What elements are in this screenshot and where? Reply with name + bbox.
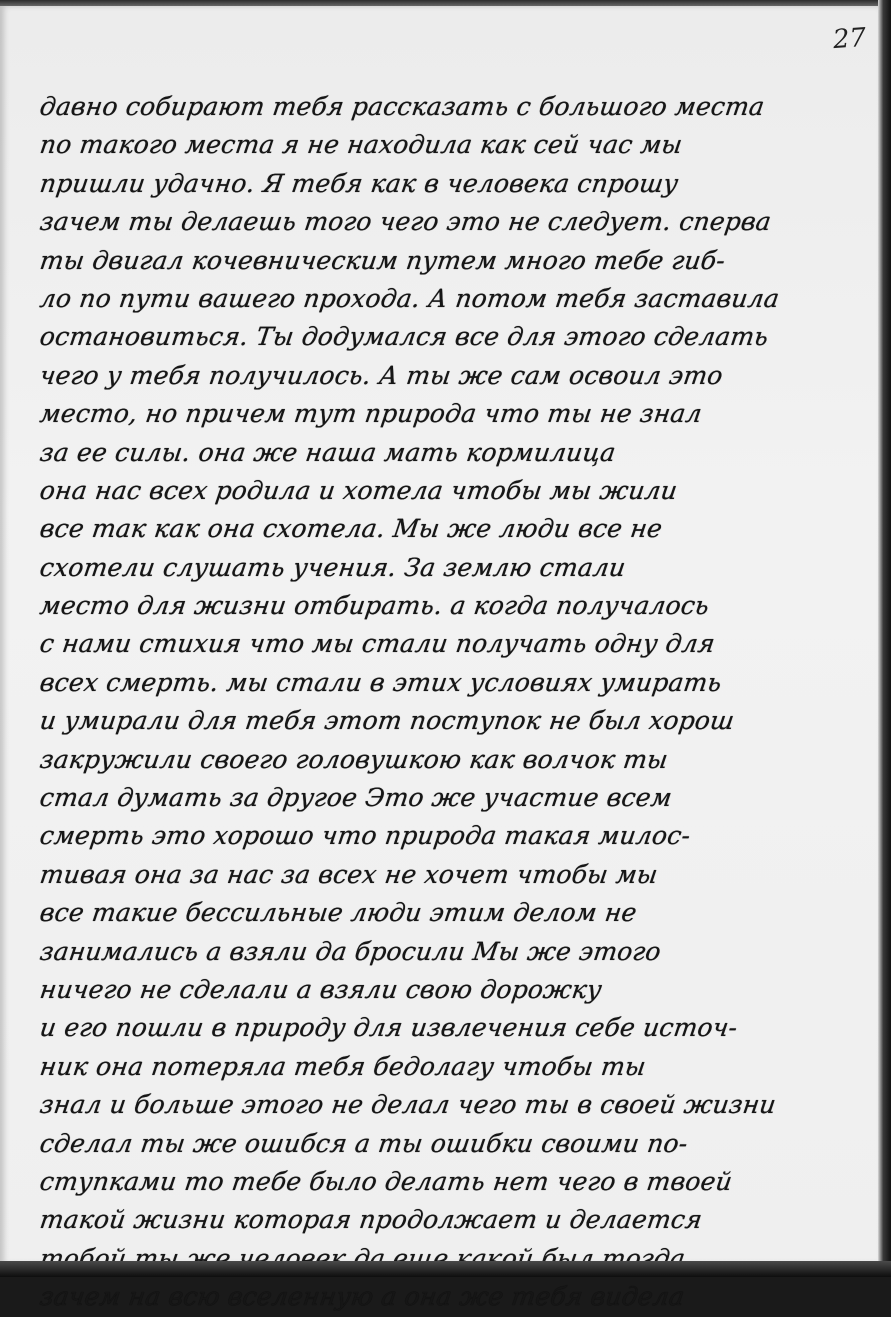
text-line: всех смерть. мы стали в этих условиях ум… [37, 664, 842, 702]
scan-right-edge [878, 0, 891, 1277]
text-line: зачем ты делаешь того чего это не следуе… [37, 203, 842, 241]
handwritten-text-body: давно собирают тебя рассказать с большог… [40, 88, 840, 1277]
text-line: ступками то тебе было делать нет чего в … [37, 1163, 842, 1201]
manuscript-page: 27 давно собирают тебя рассказать с боль… [0, 6, 878, 1264]
text-line: знал и больше этого не делал чего ты в с… [37, 1086, 842, 1124]
text-line: место, но причем тут природа что ты не з… [37, 395, 842, 433]
text-line: смерть это хорошо что природа такая мило… [37, 817, 842, 855]
page-number: 27 [832, 23, 867, 55]
text-line: она нас всех родила и хотела чтобы мы жи… [37, 472, 842, 510]
text-line: сделал ты же ошибся а ты ошибки своими п… [37, 1125, 842, 1163]
text-line: схотели слушать учения. За землю стали [37, 549, 842, 587]
text-line: тивая она за нас за всех не хочет чтобы … [37, 856, 842, 894]
text-line: и его пошли в природу для извлечения себ… [37, 1009, 842, 1047]
text-line: по такого места я не находила как сей ча… [37, 126, 842, 164]
text-line: ник она потеряла тебя бедолагу чтобы ты [37, 1048, 842, 1086]
text-line: все так как она схотела. Мы же люди все … [37, 510, 842, 548]
text-line: стал думать за другое Это же участие все… [37, 779, 842, 817]
text-line: все такие бессильные люди этим делом не [37, 894, 842, 932]
text-line: место для жизни отбирать. а когда получа… [37, 587, 842, 625]
text-line: ло по пути вашего прохода. А потом тебя … [37, 280, 842, 318]
text-line: и умирали для тебя этот поступок не был … [37, 702, 842, 740]
text-line: ничего не сделали а взяли свою дорожку [37, 971, 842, 1009]
text-line: занимались а взяли да бросили Мы же этог… [37, 933, 842, 971]
text-line: чего у тебя получилось. А ты же сам осво… [37, 357, 842, 395]
text-line: такой жизни которая продолжает и делаетс… [37, 1201, 842, 1239]
scan-bottom-edge [0, 1261, 891, 1277]
text-line: пришли удачно. Я тебя как в человека спр… [37, 165, 842, 203]
text-line: закружили своего головушкою как волчок т… [37, 741, 842, 779]
text-line: остановиться. Ты додумался все для этого… [37, 318, 842, 356]
text-line: ты двигал кочевническим путем много тебе… [37, 242, 842, 280]
text-line: давно собирают тебя рассказать с большог… [37, 88, 842, 126]
text-line: за ее силы. она же наша мать кормилица [37, 434, 842, 472]
text-line: с нами стихия что мы стали получать одну… [37, 625, 842, 663]
